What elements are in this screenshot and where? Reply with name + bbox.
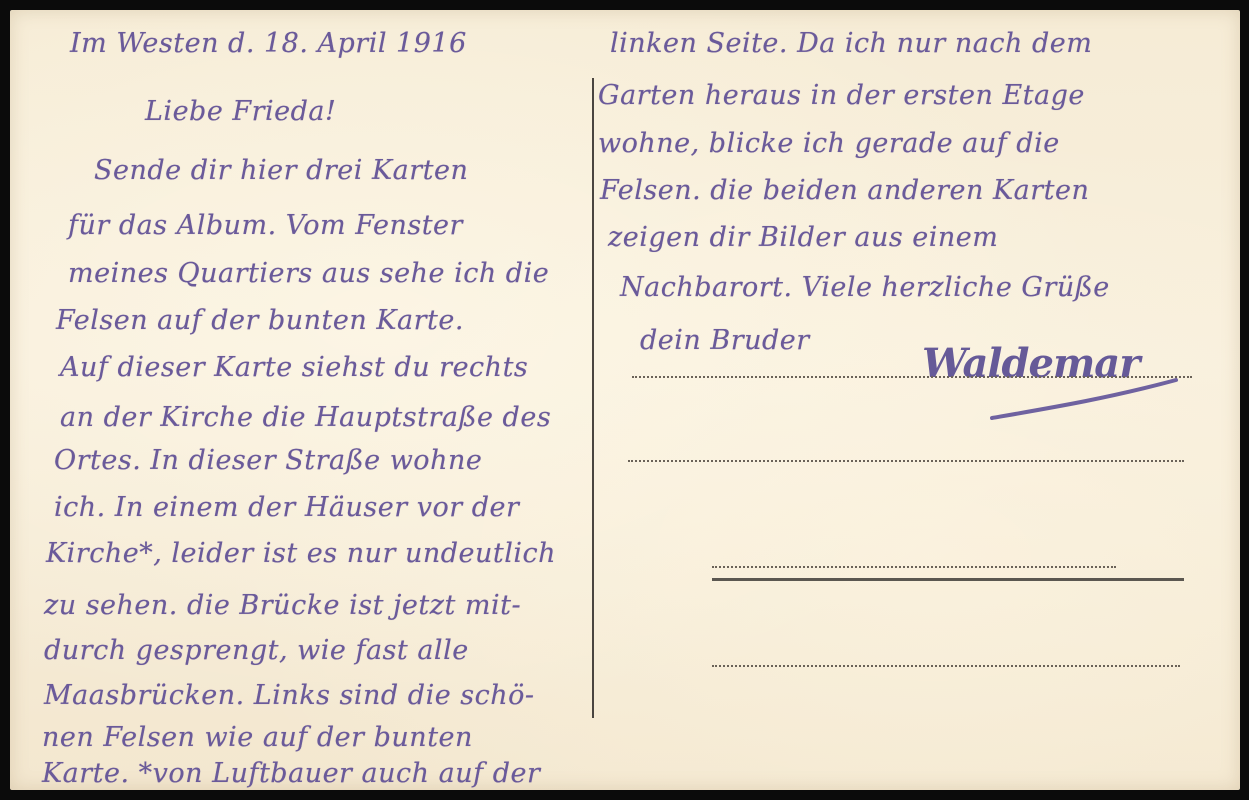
message-line: Auf dieser Karte siehst du rechts (60, 352, 528, 383)
center-divider (592, 78, 594, 718)
address-line-4 (712, 665, 1180, 667)
message-line: ich. In einem der Häuser vor der (54, 492, 519, 523)
message-line: Felsen auf der bunten Karte. (56, 305, 464, 336)
postcard-back: Im Westen d. 18. April 1916 Liebe Frieda… (10, 10, 1240, 790)
message-line: an der Kirche die Hauptstraße des (60, 402, 551, 433)
signature-flourish (990, 378, 1180, 422)
message-line: nen Felsen wie auf der bunten (42, 722, 473, 753)
message-line: wohne, blicke ich gerade auf die (598, 128, 1060, 159)
message-line: meines Quartiers aus sehe ich die (68, 258, 549, 289)
message-line: Garten heraus in der ersten Etage (598, 80, 1085, 111)
message-line: für das Album. Vom Fenster (68, 210, 463, 241)
message-line: durch gesprengt, wie fast alle (44, 635, 469, 666)
greeting: Liebe Frieda! (145, 96, 336, 127)
message-line: Ortes. In dieser Straße wohne (54, 445, 482, 476)
message-line: zu sehen. die Brücke ist jetzt mit- (44, 590, 521, 621)
address-line-3 (712, 566, 1116, 568)
address-line-2 (628, 460, 1184, 462)
message-line: Sende dir hier drei Karten (94, 155, 468, 186)
message-line: Karte. *von Luftbauer auch auf der (42, 758, 540, 789)
message-line: dein Bruder (640, 325, 810, 356)
message-line: Kirche*, leider ist es nur undeutlich (46, 538, 556, 569)
date-line: Im Westen d. 18. April 1916 (70, 28, 467, 59)
message-line: zeigen dir Bilder aus einem (608, 222, 998, 253)
message-line: Maasbrücken. Links sind die schö- (44, 680, 535, 711)
message-line: linken Seite. Da ich nur nach dem (610, 28, 1092, 59)
message-line: Nachbarort. Viele herzliche Grüße (620, 272, 1110, 303)
address-line-1 (632, 376, 1192, 378)
address-underline (712, 578, 1184, 581)
message-line: Felsen. die beiden anderen Karten (600, 175, 1089, 206)
